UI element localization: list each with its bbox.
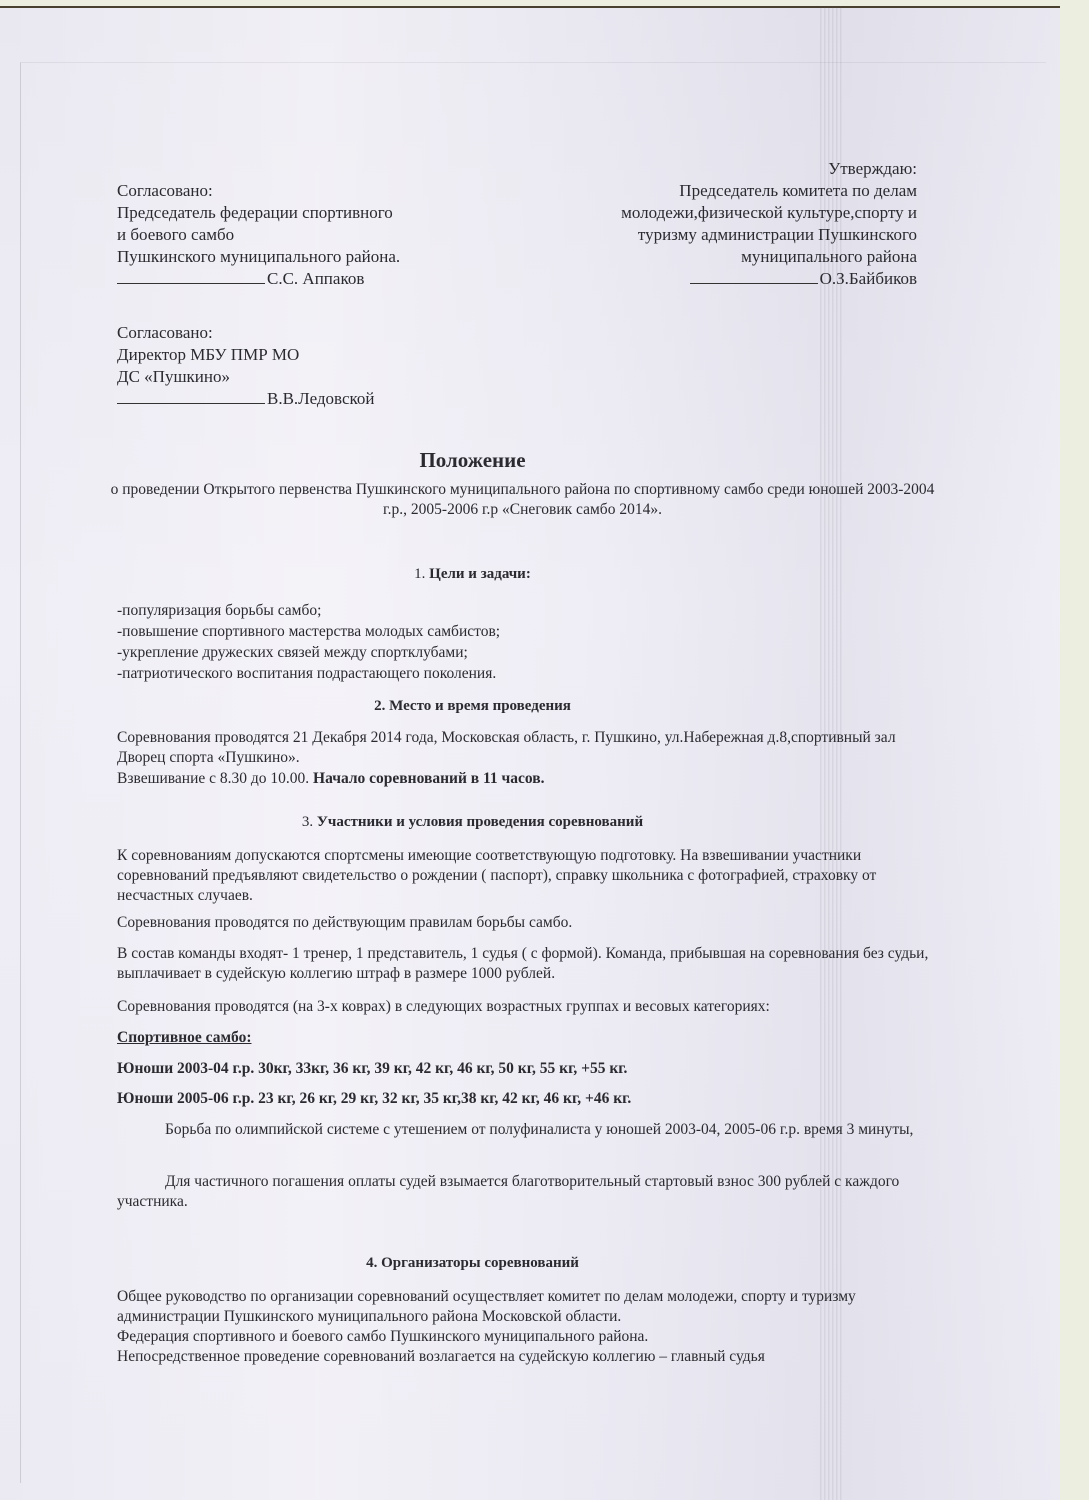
approval-label: Согласовано: [117, 322, 375, 344]
section-place-paragraph: Соревнования проводятся 21 Декабря 2014 … [117, 728, 947, 768]
approval-line: Пушкинского муниципального района. [117, 246, 400, 268]
signature-row: С.С. Аппаков [117, 268, 400, 290]
categories-intro-paragraph: Соревнования проводятся (на 3-х коврах) … [117, 997, 947, 1017]
list-item: -укрепление дружеских связей между спорт… [117, 642, 947, 663]
approval-line: туризму администрации Пушкинского [621, 224, 917, 246]
signature-row: О.З.Байбиков [621, 268, 917, 290]
signatory-name: С.С. Аппаков [267, 269, 364, 288]
section-schedule-line: Взвешивание с 8.30 до 10.00. Начало соре… [117, 769, 947, 789]
start-time-text: Начало соревнований в 11 часов. [313, 770, 544, 787]
approval-line: молодежи,физической культуре,спорту и [621, 202, 917, 224]
section-heading-place-time: 2. Место и время проведения [0, 698, 945, 715]
approval-line: Председатель федерации спортивного [117, 202, 400, 224]
approval-line: и боевого самбо [117, 224, 400, 246]
rules-paragraph: Соревнования проводятся по действующим п… [117, 913, 947, 933]
signature-line [117, 403, 265, 404]
section-heading-goals: 1. Цели и задачи: [0, 566, 945, 583]
participants-paragraph: К соревнованиям допускаются спортсмены и… [117, 846, 947, 906]
approval-label: Утверждаю: [621, 158, 917, 180]
weigh-in-text: Взвешивание с 8.30 до 10.00. [117, 770, 309, 787]
organizers-line: Общее руководство по организации соревно… [117, 1287, 947, 1327]
list-item: -патриотического воспитания подрастающег… [117, 663, 947, 684]
signatory-name: О.З.Байбиков [820, 269, 917, 288]
section-heading-organizers: 4. Организаторы соревнований [0, 1255, 945, 1272]
approval-line: Директор МБУ ПМР МО [117, 344, 375, 366]
competition-system-paragraph: Борьба по олимпийской системе с утешение… [117, 1120, 947, 1140]
organizers-line: Федерация спортивного и боевого самбо Пу… [117, 1327, 947, 1347]
discipline-label: Спортивное самбо: [117, 1028, 947, 1048]
entry-fee-paragraph: Для частичного погашения оплаты судей вз… [117, 1172, 947, 1212]
approval-block-federation: Согласовано: Председатель федерации спор… [117, 180, 400, 290]
signatory-name: В.В.Ледовской [267, 389, 375, 408]
document-title: Положение [0, 448, 945, 473]
weight-category-row: Юноши 2005-06 г.р. 23 кг, 26 кг, 29 кг, … [117, 1089, 947, 1109]
approval-line: Председатель комитета по делам [621, 180, 917, 202]
list-item: -популяризация борьбы самбо; [117, 600, 947, 621]
signature-line [690, 283, 818, 284]
signature-row: В.В.Ледовской [117, 388, 375, 410]
approval-line: муниципального района [621, 246, 917, 268]
section-heading-participants: 3. Участники и условия проведения соревн… [0, 814, 945, 831]
approval-label: Согласовано: [117, 180, 400, 202]
signature-line [117, 283, 265, 284]
list-item: -повышение спортивного мастерства молоды… [117, 621, 947, 642]
approval-block-committee: Утверждаю: Председатель комитета по дела… [621, 158, 917, 290]
organizers-line: Непосредственное проведение соревнований… [117, 1347, 947, 1367]
approval-block-director: Согласовано: Директор МБУ ПМР МО ДС «Пуш… [117, 322, 375, 410]
section-goals-list: -популяризация борьбы самбо; -повышение … [117, 600, 947, 684]
document-subtitle: о проведении Открытого первенства Пушкин… [100, 480, 945, 520]
approval-line: ДС «Пушкино» [117, 366, 375, 388]
weight-category-row: Юноши 2003-04 г.р. 30кг, 33кг, 36 кг, 39… [117, 1059, 947, 1079]
team-composition-paragraph: В состав команды входят- 1 тренер, 1 пре… [117, 944, 947, 984]
organizers-paragraph: Общее руководство по организации соревно… [117, 1287, 947, 1367]
